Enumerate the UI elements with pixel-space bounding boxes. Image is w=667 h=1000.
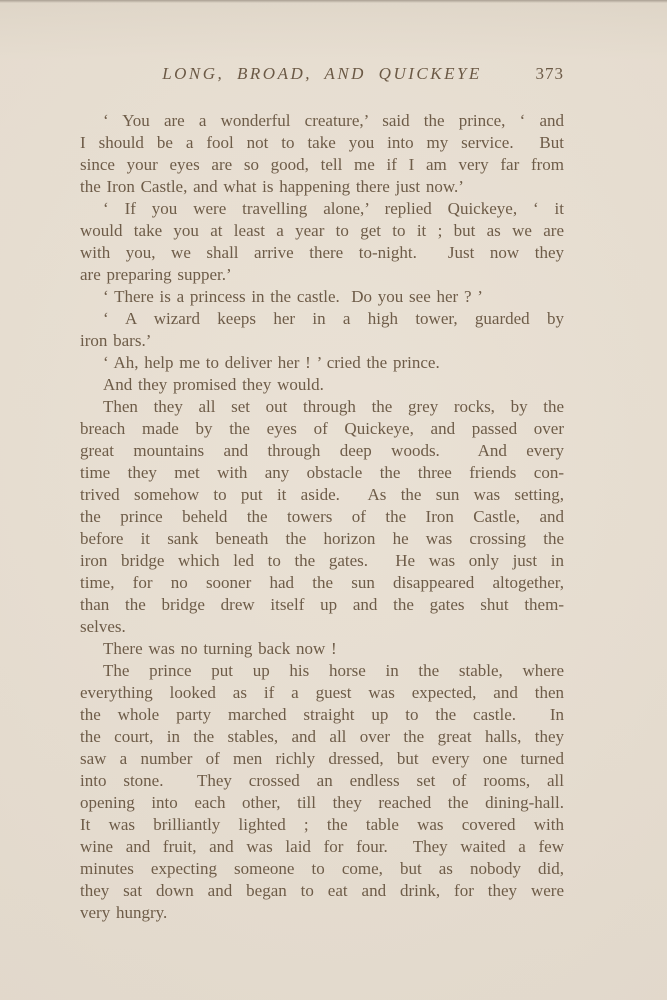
- text-line: There was no turning back now !: [80, 638, 564, 660]
- chapter-title: LONG, BROAD, AND QUICKEYE: [80, 64, 564, 84]
- text-line: would take you at least a year to get to…: [80, 220, 564, 242]
- paragraph: ‘ If you were travelling alone,’ replied…: [80, 198, 564, 286]
- text-line: The prince put up his horse in the stabl…: [80, 660, 564, 682]
- text-line: iron bridge which led to the gates. He w…: [80, 550, 564, 572]
- paragraph: And they promised they would.: [80, 374, 564, 396]
- text-line: the prince beheld the towers of the Iron…: [80, 506, 564, 528]
- text-line: time, for no sooner had the sun disappea…: [80, 572, 564, 594]
- paragraph: There was no turning back now !: [80, 638, 564, 660]
- paragraph: Then they all set out through the grey r…: [80, 396, 564, 638]
- running-head: LONG, BROAD, AND QUICKEYE 373: [80, 64, 564, 86]
- text-line: into stone. They crossed an endless set …: [80, 770, 564, 792]
- text-line: And they promised they would.: [80, 374, 564, 396]
- text-line: I should be a fool not to take you into …: [80, 132, 564, 154]
- paragraph: ‘ There is a princess in the castle. Do …: [80, 286, 564, 308]
- book-page-scan: LONG, BROAD, AND QUICKEYE 373 ‘ You are …: [0, 0, 667, 1000]
- text-line: great mountains and through deep woods. …: [80, 440, 564, 462]
- text-line: saw a number of men richly dressed, but …: [80, 748, 564, 770]
- paragraph: ‘ You are a wonderful creature,’ said th…: [80, 110, 564, 198]
- text-line: wine and fruit, and was laid for four. T…: [80, 836, 564, 858]
- text-line: ‘ If you were travelling alone,’ replied…: [80, 198, 564, 220]
- text-line: time they met with any obstacle the thre…: [80, 462, 564, 484]
- text-line: It was brilliantly lighted ; the table w…: [80, 814, 564, 836]
- text-line: very hungry.: [80, 902, 564, 924]
- text-line: the court, in the stables, and all over …: [80, 726, 564, 748]
- text-line: with you, we shall arrive there to-night…: [80, 242, 564, 264]
- text-line: trived somehow to put it aside. As the s…: [80, 484, 564, 506]
- text-line: are preparing supper.’: [80, 264, 564, 286]
- text-line: everything looked as if a guest was expe…: [80, 682, 564, 704]
- text-line: than the bridge drew itself up and the g…: [80, 594, 564, 616]
- paragraph: The prince put up his horse in the stabl…: [80, 660, 564, 924]
- text-line: breach made by the eyes of Quickeye, and…: [80, 418, 564, 440]
- text-line: ‘ There is a princess in the castle. Do …: [80, 286, 564, 308]
- text-line: Then they all set out through the grey r…: [80, 396, 564, 418]
- text-line: ‘ You are a wonderful creature,’ said th…: [80, 110, 564, 132]
- text-line: iron bars.’: [80, 330, 564, 352]
- page-number: 373: [536, 64, 565, 84]
- page-content: LONG, BROAD, AND QUICKEYE 373 ‘ You are …: [80, 0, 564, 924]
- text-line: since your eyes are so good, tell me if …: [80, 154, 564, 176]
- text-line: minutes expecting someone to come, but a…: [80, 858, 564, 880]
- text-line: opening into each other, till they reach…: [80, 792, 564, 814]
- paragraph: ‘ Ah, help me to deliver her ! ’ cried t…: [80, 352, 564, 374]
- paragraph: ‘ A wizard keeps her in a high tower, gu…: [80, 308, 564, 352]
- page-body: ‘ You are a wonderful creature,’ said th…: [80, 110, 564, 924]
- text-line: the Iron Castle, and what is happening t…: [80, 176, 564, 198]
- text-line: before it sank beneath the horizon he wa…: [80, 528, 564, 550]
- text-line: they sat down and began to eat and drink…: [80, 880, 564, 902]
- text-line: ‘ Ah, help me to deliver her ! ’ cried t…: [80, 352, 564, 374]
- text-line: selves.: [80, 616, 564, 638]
- text-line: the whole party marched straight up to t…: [80, 704, 564, 726]
- text-line: ‘ A wizard keeps her in a high tower, gu…: [80, 308, 564, 330]
